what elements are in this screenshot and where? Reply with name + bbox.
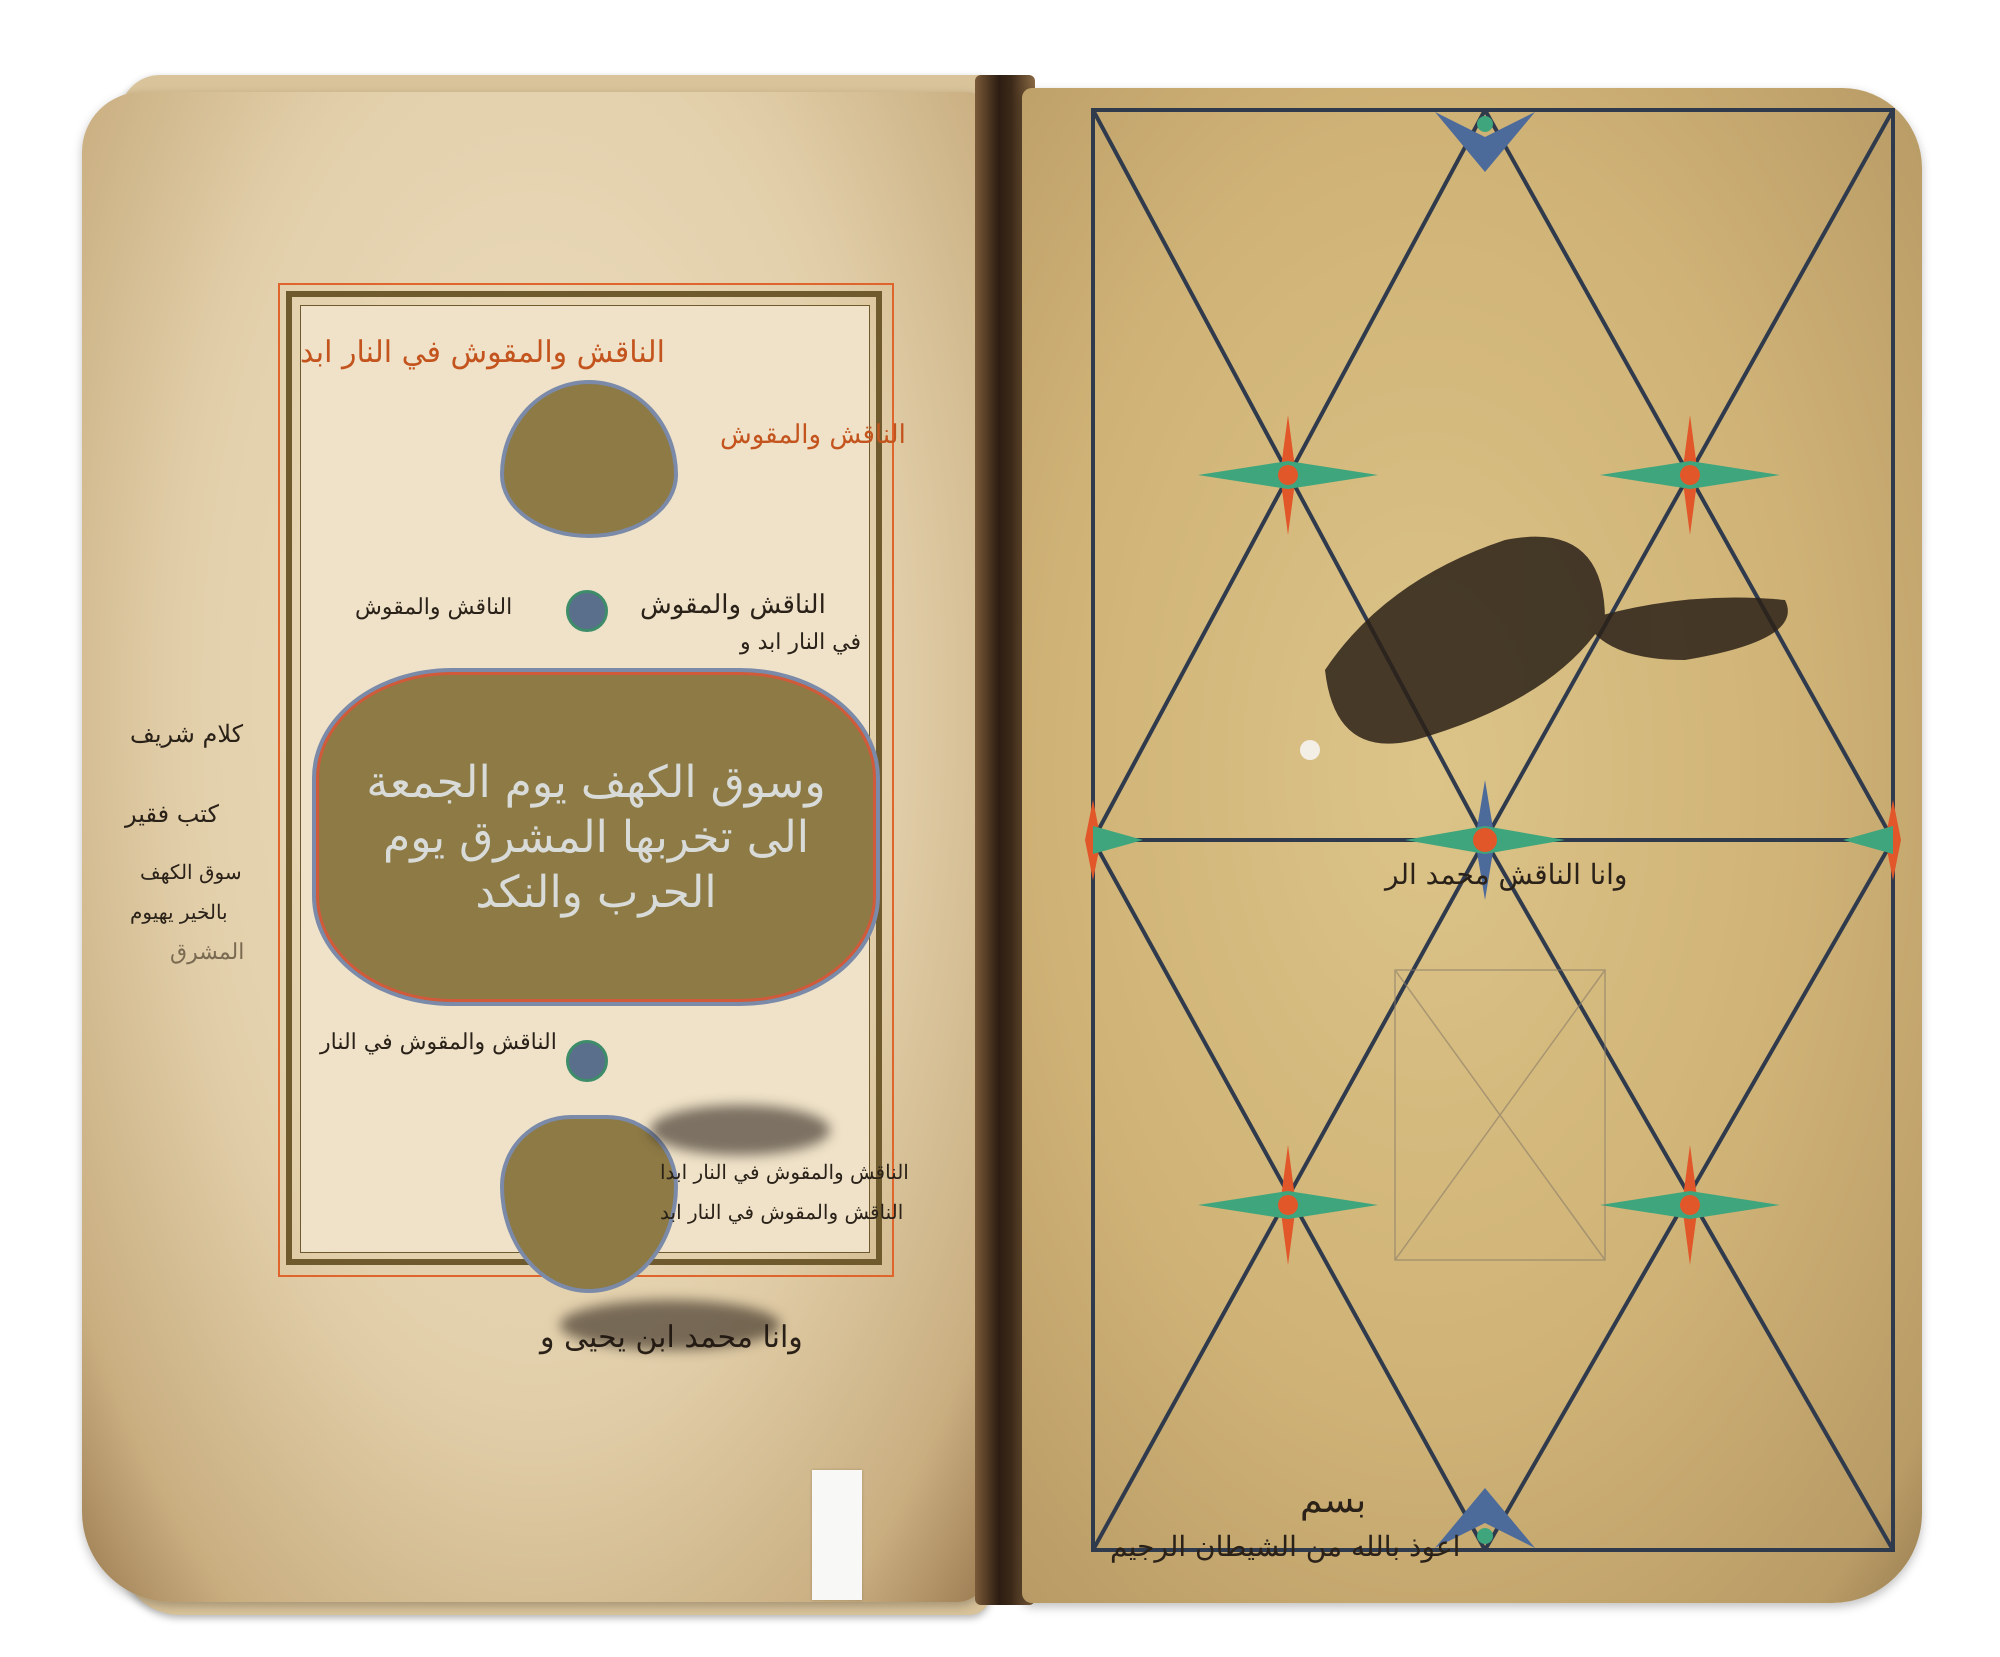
margin-note: بالخير يهيوم [130, 900, 228, 924]
ink-smudge [560, 1300, 780, 1350]
orange-note-top: الناقش والمقوش في النار ابد [300, 335, 665, 370]
diamond-grid-pattern [1085, 100, 1905, 1560]
upper-rosette-icon [566, 590, 608, 632]
note-lower-1: الناقش والمقوش في النار [320, 1030, 557, 1055]
note-basmala: بسم [1300, 1480, 1366, 1521]
note-mid-right: وانا الناقش محمد الر [1385, 858, 1627, 891]
note-right-1: الناقش والمقوش [640, 590, 826, 620]
note-lower-2: الناقش والمقوش في النار ابدا [660, 1160, 909, 1184]
central-cartouche: وسوق الكهف يوم الجمعة الى تخربها المشرق … [312, 668, 880, 1006]
note-taawudh: اعوذ بالله من الشيطان الرجيم [1110, 1530, 1460, 1563]
orange-note-right: الناقش والمقوش [720, 420, 906, 450]
note-lower-3: الناقش والمقوش في النار ابد [660, 1200, 903, 1224]
lower-rosette-icon [566, 1040, 608, 1082]
paper-hole [1300, 740, 1320, 760]
pencil-square-sketch [1395, 970, 1605, 1260]
note-right-2: في النار ابد و [740, 630, 861, 655]
margin-note: سوق الكهف [140, 860, 242, 884]
margin-note: كتب فقير [125, 800, 219, 828]
margin-note: كلام شريف [130, 720, 243, 748]
margin-note: المشرق [170, 940, 244, 965]
note-left-1: الناقش والمقوش [355, 595, 512, 620]
cartouche-calligraphy: وسوق الكهف يوم الجمعة الى تخربها المشرق … [316, 672, 876, 1002]
ink-smudge [650, 1105, 830, 1155]
archive-label-tag [812, 1470, 862, 1600]
manuscript-photo: وسوق الكهف يوم الجمعة الى تخربها المشرق … [0, 0, 2000, 1657]
star-ornaments [1085, 112, 1901, 1548]
